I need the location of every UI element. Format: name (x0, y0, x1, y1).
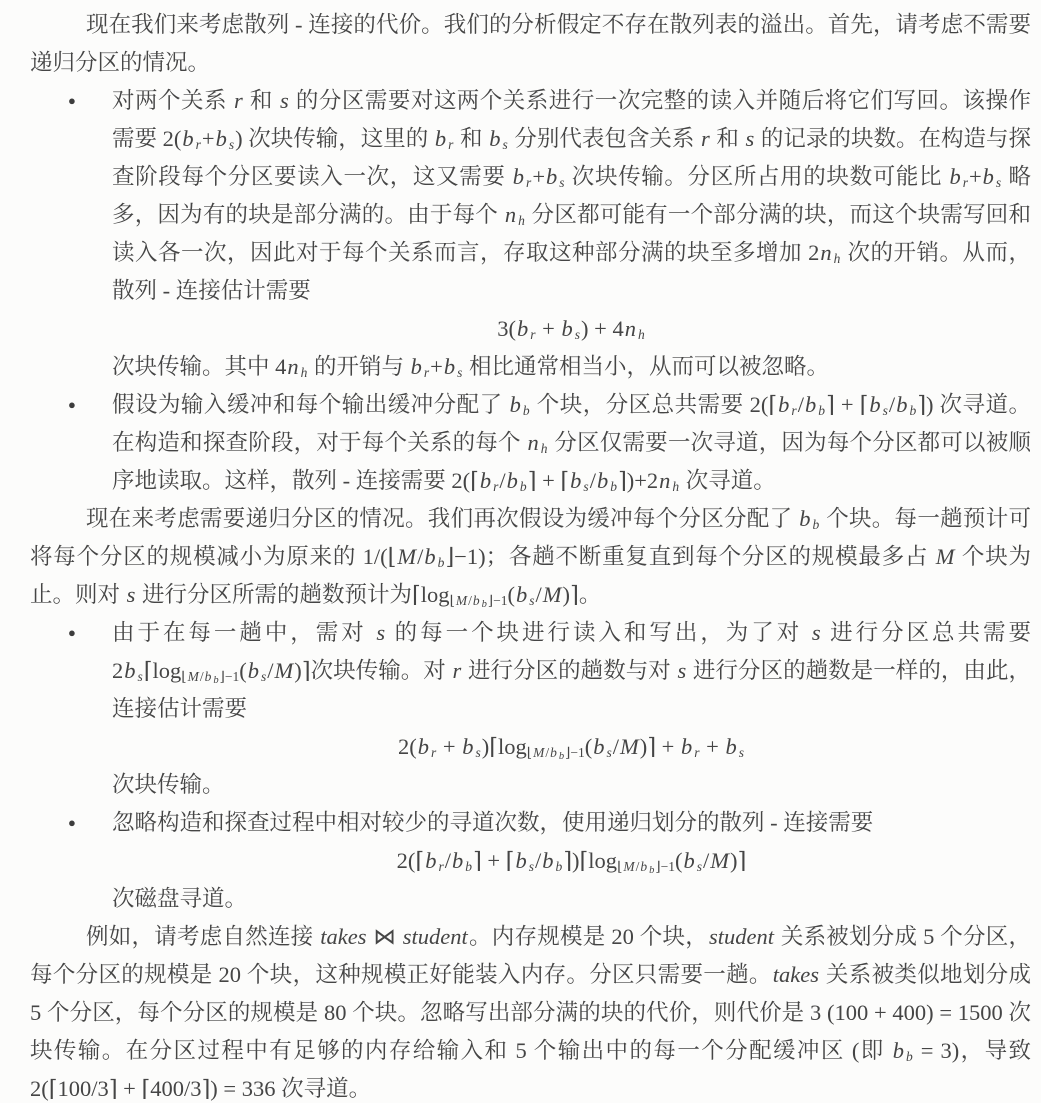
math-subscript: b (519, 479, 528, 494)
bullet-item: 对两个关系 r 和 s 的分区需要对这两个关系进行一次完整的读入并随后将它们写回… (112, 82, 1031, 386)
math-subscript: ⌊M/bb⌋−1 (450, 593, 508, 608)
math-variable: b (639, 859, 648, 874)
math-variable: n (504, 202, 517, 227)
math-variable: b (516, 316, 529, 341)
math-variable: s (279, 88, 290, 113)
math-subscript: b (437, 555, 446, 570)
math-variable: takes (319, 924, 367, 949)
intro-paragraph: 现在我们来考虑散列 - 连接的代价。我们的分析假定不存在散列表的溢出。首先，请考… (30, 6, 1031, 82)
math-subscript: s (260, 669, 267, 684)
math-subscript: r (693, 745, 700, 760)
bullet-item: 假设为输入缓冲和每个输出缓冲分配了 bb 个块，分区总共需要 2(⌈br/bb⌉… (112, 386, 1031, 500)
math-variable: b (683, 848, 696, 873)
math-subscript: r (430, 745, 437, 760)
math-subscript: s (738, 745, 745, 760)
math-subscript: s (501, 137, 508, 152)
math-subscript: s (574, 327, 581, 342)
page: { "page": { "background": "#fcfcfb", "te… (0, 0, 1041, 1103)
math-variable: r (529, 327, 536, 342)
math-subscript: h (637, 327, 646, 342)
math-variable: M (542, 582, 563, 607)
math-variable: b (519, 479, 528, 494)
math-subscript: s (228, 137, 235, 152)
math-variable: M (622, 859, 635, 874)
math-variable: b (212, 675, 219, 686)
math-subscript: s (995, 175, 1002, 190)
math-variable: M (396, 544, 417, 569)
math-variable: s (228, 137, 235, 152)
math-variable: b (437, 555, 446, 570)
math-variable: r (447, 137, 454, 152)
math-variable: b (424, 848, 437, 873)
math-subscript: h (540, 441, 549, 456)
math-variable: r (525, 175, 532, 190)
math-variable: s (126, 582, 137, 607)
recursive-partitioning-costs: 由于在每一趟中，需对 s 的每一个块进行读入和写出，为了对 s 进行分区总共需要… (30, 614, 1031, 918)
math-subscript: b (522, 403, 531, 418)
math-variable: b (596, 468, 609, 493)
math-subscript: h (300, 365, 309, 380)
math-variable: n (624, 316, 637, 341)
display-formula: 2(br + bs)⌈log⌊M/bb⌋−1(bs/M)⌉ + br + bs (112, 728, 1031, 766)
math-variable: b (451, 848, 464, 873)
math-variable: b (481, 599, 488, 610)
math-variable: b (512, 164, 525, 189)
math-subscript: s (582, 479, 589, 494)
math-subscript: r (447, 137, 454, 152)
math-subscript: r (437, 859, 444, 874)
math-variable: b (488, 126, 501, 151)
math-variable: b (434, 126, 447, 151)
math-subscript: ⌊M/bb⌋−1 (181, 669, 239, 684)
math-variable: b (648, 865, 655, 876)
math-variable: takes (772, 962, 820, 987)
math-variable: s (501, 137, 508, 152)
bullet-text: 忽略构造和探查过程中相对较少的寻道次数，使用递归划分的散列 - 连接需要 (112, 804, 1031, 842)
bullet-text: 由于在每一趟中，需对 s 的每一个块进行读入和写出，为了对 s 进行分区总共需要… (112, 614, 1031, 728)
math-variable: b (479, 468, 492, 493)
math-variable: b (443, 354, 456, 379)
example-paragraph: 例如，请考虑自然连接 takes ⋈ student。内存规模是 20 个块，s… (30, 918, 1031, 1103)
math-subscript: r (423, 365, 430, 380)
math-subscript: s (528, 593, 535, 608)
math-subscript: s (882, 403, 889, 418)
math-subscript: r (492, 479, 499, 494)
display-formula: 3(br + bs) + 4nh (112, 310, 1031, 348)
math-subscript: b (481, 599, 488, 610)
math-variable: s (137, 669, 144, 684)
math-variable: b (417, 734, 430, 759)
math-variable: M (709, 848, 730, 873)
math-variable: s (676, 658, 687, 683)
math-variable: b (555, 859, 564, 874)
math-variable: h (300, 365, 309, 380)
bullet-item: 忽略构造和探查过程中相对较少的寻道次数，使用递归划分的散列 - 连接需要2(⌈b… (112, 804, 1031, 918)
math-variable: s (882, 403, 889, 418)
math-subscript: b (609, 479, 618, 494)
math-variable: s (745, 126, 756, 151)
math-variable: b (472, 593, 481, 608)
math-subscript: h (671, 479, 680, 494)
math-variable: b (123, 658, 136, 683)
math-variable: r (437, 859, 444, 874)
math-subscript: s (474, 745, 481, 760)
math-variable: s (696, 859, 703, 874)
math-variable: n (819, 240, 832, 265)
math-subscript: r (525, 175, 532, 190)
math-variable: b (561, 316, 574, 341)
math-subscript: b (905, 1049, 914, 1064)
math-variable: b (868, 392, 881, 417)
math-variable: r (195, 137, 202, 152)
math-variable: b (905, 1049, 914, 1064)
math-subscript: ⌊M/bb⌋−1 (527, 745, 585, 760)
math-subscript: b (558, 751, 565, 762)
math-subscript: b (812, 517, 821, 532)
math-subscript: b (648, 865, 655, 876)
math-variable: b (514, 848, 527, 873)
math-variable: r (492, 479, 499, 494)
math-subscript: b (908, 403, 917, 418)
bullet-text: 对两个关系 r 和 s 的分区需要对这两个关系进行一次完整的读入并随后将它们写回… (112, 82, 1031, 310)
math-variable: s (738, 745, 745, 760)
math-variable: b (515, 582, 528, 607)
math-variable: n (286, 354, 299, 379)
math-subscript: r (962, 175, 969, 190)
math-variable: s (605, 745, 612, 760)
display-formula: 2(⌈br/bb⌉ + ⌈bs/bb⌉)⌈log⌊M/bb⌋−1(bs/M)⌉ (112, 842, 1031, 880)
math-subscript: s (605, 745, 612, 760)
math-variable: M (274, 658, 295, 683)
math-variable: b (549, 745, 558, 760)
math-variable: b (181, 126, 194, 151)
math-variable: b (247, 658, 260, 683)
math-subscript: b (464, 859, 473, 874)
math-variable: b (895, 392, 908, 417)
math-subscript: s (696, 859, 703, 874)
math-variable: h (637, 327, 646, 342)
math-variable: r (423, 365, 430, 380)
math-variable: h (517, 213, 526, 228)
math-subscript: h (517, 213, 526, 228)
math-variable: s (582, 479, 589, 494)
math-variable: r (790, 403, 797, 418)
math-variable: b (724, 734, 737, 759)
math-variable: student (402, 924, 469, 949)
math-subscript: ⌊M/bb⌋−1 (617, 859, 675, 874)
math-variable: M (935, 544, 956, 569)
bullet-text: 次块传输。 (112, 766, 1031, 804)
bullet-text: 次磁盘寻道。 (112, 880, 1031, 918)
math-variable: b (423, 544, 436, 569)
bullet-text: 假设为输入缓冲和每个输出缓冲分配了 bb 个块，分区总共需要 2(⌈br/bb⌉… (112, 386, 1031, 500)
math-variable: s (995, 175, 1002, 190)
math-variable: r (700, 126, 711, 151)
math-subscript: h (833, 251, 842, 266)
math-variable: s (558, 175, 565, 190)
math-variable: r (430, 745, 437, 760)
math-variable: b (592, 734, 605, 759)
math-variable: b (948, 164, 961, 189)
math-subscript: s (137, 669, 144, 684)
bullet-item: 由于在每一趟中，需对 s 的每一个块进行读入和写出，为了对 s 进行分区总共需要… (112, 614, 1031, 804)
math-variable: s (260, 669, 267, 684)
math-subscript: r (529, 327, 536, 342)
math-subscript: s (528, 859, 535, 874)
math-variable: b (908, 403, 917, 418)
math-subscript: r (790, 403, 797, 418)
math-variable: b (541, 848, 554, 873)
bullet-text: 次块传输。其中 4nh 的开销与 br+bs 相比通常相当小，从而可以被忽略。 (112, 348, 1031, 386)
math-variable: s (474, 745, 481, 760)
math-variable: b (545, 164, 558, 189)
math-variable: h (540, 441, 549, 456)
math-variable: student (708, 924, 775, 949)
math-variable: h (833, 251, 842, 266)
math-variable: M (532, 745, 545, 760)
no-recursive-partitioning-costs: 对两个关系 r 和 s 的分区需要对这两个关系进行一次完整的读入并随后将它们写回… (30, 82, 1031, 500)
page-content: 现在我们来考虑散列 - 连接的代价。我们的分析假定不存在散列表的溢出。首先，请考… (0, 0, 1041, 1103)
math-variable: r (962, 175, 969, 190)
math-variable: s (375, 620, 386, 645)
math-variable: b (522, 403, 531, 418)
math-variable: s (456, 365, 463, 380)
math-subscript: s (456, 365, 463, 380)
math-subscript: r (195, 137, 202, 152)
math-variable: s (528, 593, 535, 608)
math-variable: b (461, 734, 474, 759)
math-variable: r (693, 745, 700, 760)
math-variable: M (619, 734, 640, 759)
math-variable: b (892, 1038, 905, 1063)
math-variable: b (982, 164, 995, 189)
math-variable: b (464, 859, 473, 874)
math-variable: b (569, 468, 582, 493)
math-variable: s (574, 327, 581, 342)
math-variable: r (452, 658, 463, 683)
recursive-partitioning-paragraph: 现在来考虑需要递归分区的情况。我们再次假设为缓冲每个分区分配了 bb 个块。每一… (30, 500, 1031, 614)
math-variable: b (817, 403, 826, 418)
math-variable: b (777, 392, 790, 417)
math-variable: n (658, 468, 671, 493)
math-subscript: s (558, 175, 565, 190)
math-variable: b (509, 392, 522, 417)
math-subscript: b (555, 859, 564, 874)
math-variable: b (798, 506, 811, 531)
math-variable: b (804, 392, 817, 417)
math-variable: M (455, 593, 468, 608)
math-variable: b (558, 751, 565, 762)
math-variable: n (527, 430, 540, 455)
math-variable: r (233, 88, 244, 113)
math-variable: M (187, 669, 200, 684)
math-variable: s (528, 859, 535, 874)
math-subscript: b (212, 675, 219, 686)
math-variable: b (215, 126, 228, 151)
math-variable: h (671, 479, 680, 494)
math-variable: b (812, 517, 821, 532)
math-variable: b (680, 734, 693, 759)
math-variable: s (811, 620, 822, 645)
math-variable: b (609, 479, 618, 494)
math-subscript: b (817, 403, 826, 418)
math-variable: b (506, 468, 519, 493)
math-variable: b (410, 354, 423, 379)
